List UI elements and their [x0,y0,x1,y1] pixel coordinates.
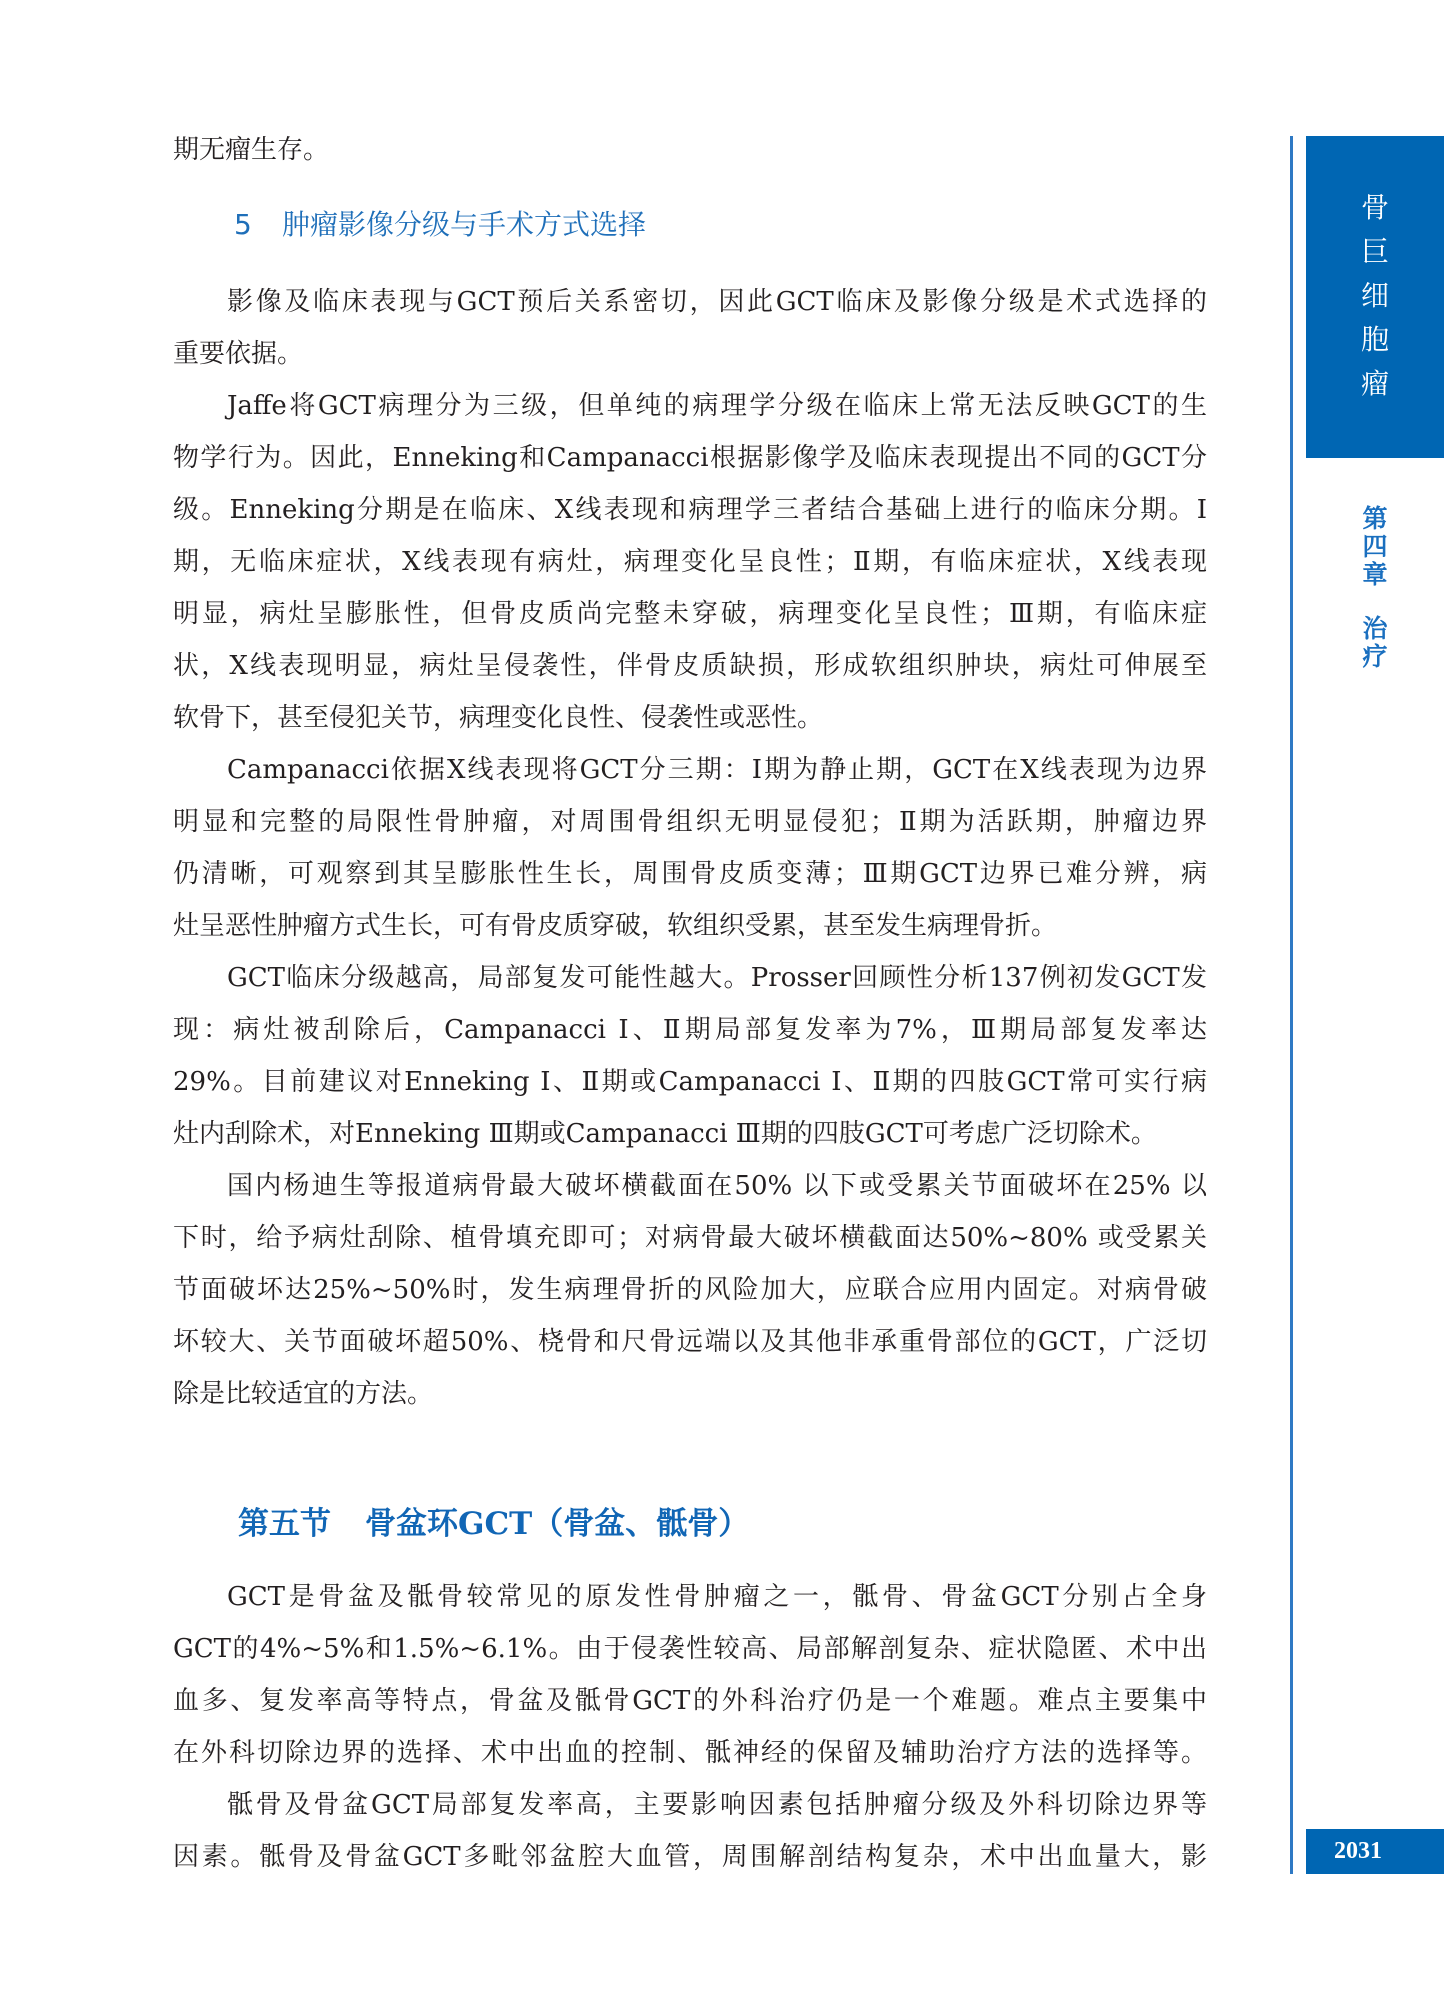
paragraph-line: 下时，给予病灶刮除、植骨填充即可；对病骨最大破坏横截面达50%~80% 或受累关 [173,1221,1207,1255]
book-title-tab: 骨 巨 细 胞 瘤 [1306,136,1444,458]
paragraph-line: 现：病灶被刮除后，Campanacci Ⅰ、Ⅱ期局部复发率为7%，Ⅲ期局部复发率… [173,1013,1207,1047]
paragraph-line: 状，X线表现明显，病灶呈侵袭性，伴骨皮质缺损，形成软组织肿块，病灶可伸展至 [173,649,1207,683]
paragraph-line: 节面破坏达25%~50%时，发生病理骨折的风险加大，应联合应用内固定。对病骨破 [173,1273,1207,1307]
paragraph-line: 国内杨迪生等报道病骨最大破坏横截面在50% 以下或受累关节面破坏在25% 以 [227,1169,1207,1203]
paragraph-line: Campanacci依据X线表现将GCT分三期：Ⅰ期为静止期，GCT在X线表现为… [227,753,1207,787]
book-title-char: 巨 [1361,230,1389,274]
paragraph-line: GCT临床分级越高，局部复发可能性越大。Prosser回顾性分析137例初发GC… [227,961,1207,995]
lead-line: 期无瘤生存。 [173,133,1207,167]
chapter-char: 章 [1362,561,1387,589]
page-number: 2031 [1334,1829,1382,1874]
section-label: 第五节 [238,1506,331,1542]
paragraph-line: 骶骨及骨盆GCT局部复发率高，主要影响因素包括肿瘤分级及外科切除边界等 [227,1788,1207,1822]
subheading: 5肿瘤影像分级与手术方式选择 [234,207,646,243]
paragraph-line: Jaffe将GCT病理分为三级，但单纯的病理学分级在临床上常无法反映GCT的生 [227,389,1207,423]
paragraph-line: 级。Enneking分期是在临床、X线表现和病理学三者结合基础上进行的临床分期。… [173,493,1207,527]
subheading-number: 5 [234,207,282,243]
paragraph-line: 坏较大、关节面破坏超50%、桡骨和尺骨远端以及其他非承重骨部位的GCT，广泛切 [173,1325,1207,1359]
paragraph-line: 重要依据。 [173,337,1207,371]
paragraph-line: 影像及临床表现与GCT预后关系密切，因此GCT临床及影像分级是术式选择的 [227,285,1207,319]
paragraph-line: 明显，病灶呈膨胀性，但骨皮质尚完整未穿破，病理变化呈良性；Ⅲ期，有临床症 [173,597,1207,631]
subheading-title: 肿瘤影像分级与手术方式选择 [282,208,646,241]
section-heading: 第五节骨盆环GCT（骨盆、骶骨） [238,1503,749,1545]
chapter-char: 第 [1362,505,1387,533]
paragraph-line: 物学行为。因此，Enneking和Campanacci根据影像学及临床表现提出不… [173,441,1207,475]
book-title-char: 瘤 [1361,362,1389,406]
paragraph-line: 除是比较适宜的方法。 [173,1377,1207,1411]
chapter-char: 疗 [1362,643,1387,671]
paragraph-line: 明显和完整的局限性骨肿瘤，对周围骨组织无明显侵犯；Ⅱ期为活跃期，肿瘤边界 [173,805,1207,839]
book-title-char: 胞 [1361,318,1389,362]
section-title: 骨盆环GCT（骨盆、骶骨） [365,1506,749,1542]
paragraph-line: 软骨下，甚至侵犯关节，病理变化良性、侵袭性或恶性。 [173,701,1207,735]
chapter-char: 治 [1362,615,1387,643]
book-title-vertical: 骨 巨 细 胞 瘤 [1306,186,1444,406]
book-title-char: 细 [1361,274,1389,318]
paragraph-line: 期，无临床症状，X线表现有病灶，病理变化呈良性；Ⅱ期，有临床症状，X线表现 [173,545,1207,579]
paragraph-line: 29%。目前建议对Enneking Ⅰ、Ⅱ期或Campanacci Ⅰ、Ⅱ期的四… [173,1065,1207,1099]
paragraph-line: GCT是骨盆及骶骨较常见的原发性骨肿瘤之一，骶骨、骨盆GCT分别占全身 [227,1580,1207,1614]
paragraph-line: 灶呈恶性肿瘤方式生长，可有骨皮质穿破，软组织受累，甚至发生病理骨折。 [173,909,1207,943]
chapter-char: 四 [1362,533,1387,561]
chapter-label-vertical: 第 四 章 治 疗 [1306,505,1444,671]
paragraph-line: 仍清晰，可观察到其呈膨胀性生长，周围骨皮质变薄；Ⅲ期GCT边界已难分辨，病 [173,857,1207,891]
book-title-char: 骨 [1361,186,1389,230]
paragraph-line: 血多、复发率高等特点，骨盆及骶骨GCT的外科治疗仍是一个难题。难点主要集中 [173,1684,1207,1718]
page-number-box: 2031 [1306,1829,1444,1874]
paragraph-line: 灶内刮除术，对Enneking Ⅲ期或Campanacci Ⅲ期的四肢GCT可考… [173,1117,1207,1151]
paragraph-line: 在外科切除边界的选择、术中出血的控制、骶神经的保留及辅助治疗方法的选择等。 [173,1736,1207,1770]
paragraph-line: GCT的4%~5%和1.5%~6.1%。由于侵袭性较高、局部解剖复杂、症状隐匿、… [173,1632,1207,1666]
margin-rule [1290,136,1293,1874]
paragraph-line: 因素。骶骨及骨盆GCT多毗邻盆腔大血管，周围解剖结构复杂，术中出血量大，影 [173,1840,1207,1874]
